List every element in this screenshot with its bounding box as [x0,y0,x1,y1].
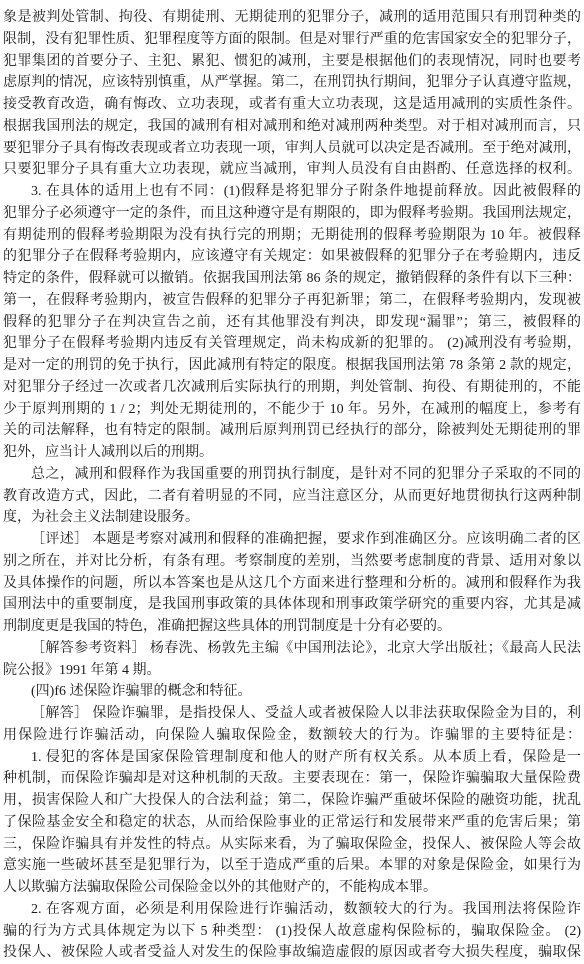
document-line: 用，损害保险人和广大投保人的合法利益；第二，保险诈骗严重破坏保险的融资功能，扰乱 [3,790,581,812]
document-line: 刑制度更是我国的特色，准确把握这些具体的刑罚制度是十分有必要的。 [3,616,581,638]
document-page: 象是被判处管制、拘役、有期徒刑、无期徒刑的犯罪分子，减刑的适用范围只有刑罚种类的… [0,0,584,964]
document-line: 2. 在客观方面，必须是利用保险进行诈骗活动，数额较大的行为。我国刑法将保险诈 [3,899,581,921]
document-line: 国刑法中的重要制度，是我国刑事政策的具体体现和刑事政策学研究的重要内容，尤其是减 [3,594,581,616]
document-line: 少于原判刑期的 1 / 2；判处无期徒刑的，不能少于 10 年。另外，在减刑的幅… [3,399,581,421]
document-line: 犯罪分子必须遵守一定的条件，而且这种遵守是有期限的，即为假释考验期。我国刑法规定… [3,203,581,225]
document-line: 了保险基金安全和稳定的状态，从而给保险事业的正常运行和发展带来严重的危害后果；第 [3,812,581,834]
document-line: 种机制，而保险诈骗却是对这种机制的天敌。主要表现在：第一，保险诈骗骗取大量保险费 [3,768,581,790]
document-line: ［评述］ 本题是考察对减刑和假释的准确把握，要求作到准确区分。应该明确二者的区 [3,529,581,551]
document-line: 第一，在假释考验期内，被宣告假释的犯罪分子再犯新罪；第二，在假释考验期内，发现被 [3,290,581,312]
document-line: 是对一定的刑罚的免于执行，因此减刑有特定的限度。根据我国刑法第 78 条第 2 … [3,355,581,377]
document-line: 犯外，应当计人减刑以后的刑期。 [3,442,581,464]
document-line: 教育改造方式，因此，二者有着明显的不同，应当注意区分，从而更好地贯彻执行这两种制 [3,486,581,508]
document-line: (四)f6 述保险诈骗罪的概念和特征。 [3,681,581,703]
document-line: 意实施一些破坏甚至是犯罪行为，以至于造成严重的后果。本罪的对象是保险金，如果行为 [3,855,581,877]
document-line: 投保人、被保险人或者受益人对发生的保险事故编造虚假的原因或者夸大损失程度，骗取保 [3,942,581,964]
document-line: 对犯罪分子经过一次或者几次减刑后实际执行的刑期，判处管制、拘役、有期徒刑的，不能 [3,377,581,399]
document-line: 接受教育改造，确有悔改、立功表现，或者有重大立功表现，这是适用减刑的实质性条件。 [3,94,581,116]
document-line: 及具体操作的问题，所以本答案也是从这几个方面来进行整理和分析的。减刑和假释作为我 [3,573,581,595]
document-line: 总之，减刑和假释作为我国重要的刑罚执行制度，是针对不同的犯罪分子采取的不同的 [3,464,581,486]
document-line: 人以欺骗方法骗取保险公司保险金以外的其他财产的，不能构成本罪。 [3,877,581,899]
document-line: 三，保险诈骗具有并发性的特点。从实际来看，为了骗取保险金，投保人、被保险人等会故 [3,834,581,856]
document-line: 的犯罪分子在假释考验期内，应该遵守有关规定：如果被假释的犯罪分子在考验期内，违反 [3,246,581,268]
document-line: ［解答］ 保险诈骗罪，是指投保人、受益人或者被保险人以非法获取保险金为目的，利 [3,703,581,725]
document-line: 3. 在具体的适用上也有不同：(1)假释是将犯罪分子附条件地提前释放。因此被假释… [3,181,581,203]
document-line: 度，为社会主义法制建设服务。 [3,507,581,529]
document-line: 虑原判的情况，应该特别慎重，从严掌握。第二，在刑罚执行期间，犯罪分子认真遵守监规… [3,72,581,94]
document-line: 骗的行为方式具体规定为以下 5 种类型： (1)投保人故意虚构保险标的，骗取保险… [3,921,581,943]
document-line: 犯罪分子在假释考验期内违反有关管理规定，尚未构成新的犯罪的。 (2)减刑没有考验… [3,333,581,355]
document-line: ［解答参考资料］ 杨春洗、杨敦先主编《中国刑法论》，北京大学出版社；《最高人民法 [3,638,581,660]
document-line: 别之所在，并对比分析，有条有理。考察制度的差别，当然要考虑制度的背景、适用对象以 [3,551,581,573]
document-line: 院公报》1991 年第 4 期。 [3,660,581,682]
document-line: 用保险进行诈骗活动，向保险人骗取保险金，数额较大的行为。诈骗罪的主要特征是： [3,725,581,747]
document-line: 特定的条件，假释就可以撤销。依据我国刑法第 86 条的规定，撤销假释的条件有以下… [3,268,581,290]
document-text-body: 象是被判处管制、拘役、有期徒刑、无期徒刑的犯罪分子，减刑的适用范围只有刑罚种类的… [3,7,581,964]
document-line: 限制，没有犯罪性质、犯罪程度等方面的限制。但是对罪行严重的危害国家安全的犯罪分子… [3,29,581,51]
document-line: 要犯罪分子具有悔改表现或者立功表现一项，审判人员就可以决定是否减刑。至于绝对减刑… [3,138,581,160]
document-line: 象是被判处管制、拘役、有期徒刑、无期徒刑的犯罪分子，减刑的适用范围只有刑罚种类的 [3,7,581,29]
document-line: 有期徒刑的假释考验期限为没有执行完的刑期；无期徒刑的假释考验期限为 10 年。被… [3,225,581,247]
document-line: 1. 侵犯的客体是国家保险管理制度和他人的财产所有权关系。从本质上看，保险是一 [3,747,581,769]
document-line: 犯罪集团的首要分子、主犯、累犯、惯犯的减刑，主要是根据他们的表现情况，同时也要考 [3,51,581,73]
document-line: 只要犯罪分子具有重大立功表现，就应当减刑，审判人员没有自由斟酌、任意选择的权利。 [3,159,581,181]
document-line: 根据我国刑法的规定，我国的减刑有相对减刑和绝对减刑两种类型。对于相对减刑而言，只 [3,116,581,138]
document-line: 关的司法解释，也有特定的限制。减刑后原判刑罚已经执行的部分，除被判处无期徒刑的罪 [3,420,581,442]
document-line: 假释的犯罪分子在判决宣告之前，还有其他罪没有判决，即发现“漏罪”；第三，被假释的 [3,312,581,334]
